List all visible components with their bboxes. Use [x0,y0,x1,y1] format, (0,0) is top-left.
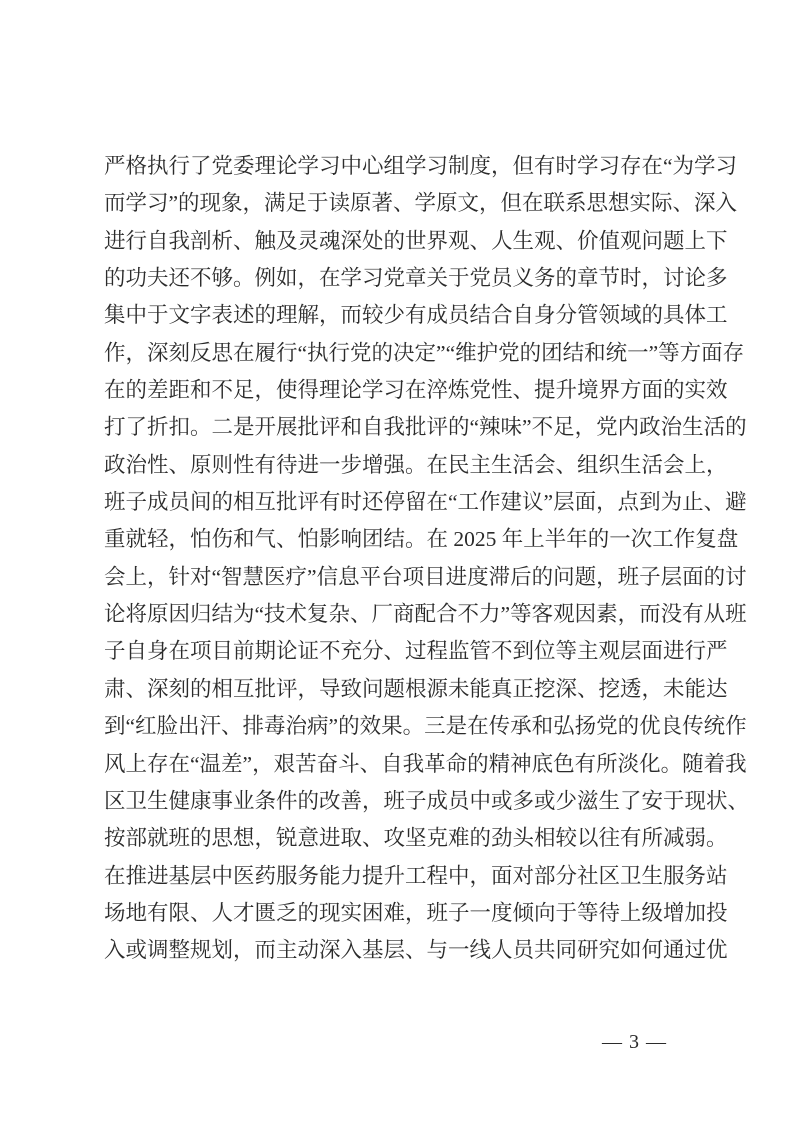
text-line: 会上，针对“智慧医疗”信息平台项目进度滞后的问题，班子层面的讨 [104,559,708,596]
text-line: 严格执行了党委理论学习中心组学习制度，但有时学习存在“为学习 [104,148,708,185]
text-line: 政治性、原则性有待进一步增强。在民主生活会、组织生活会上， [104,447,708,484]
text-line: 风上存在“温差”，艰苦奋斗、自我革命的精神底色有所淡化。随着我 [104,746,708,783]
text-line: 论将原因归结为“技术复杂、厂商配合不力”等客观因素，而没有从班 [104,596,708,633]
text-line: 打了折扣。二是开展批评和自我批评的“辣味”不足，党内政治生活的 [104,409,708,446]
text-line: 在的差距和不足，使得理论学习在淬炼党性、提升境界方面的实效 [104,372,708,409]
text-line: 进行自我剖析、触及灵魂深处的世界观、人生观、价值观问题上下 [104,223,708,260]
text-line: 重就轻，怕伤和气、怕影响团结。在 2025 年上半年的一次工作复盘 [104,521,708,558]
body-text: 严格执行了党委理论学习中心组学习制度，但有时学习存在“为学习 而学习”的现象，满… [104,148,708,970]
page-number: — 3 — [602,1030,667,1054]
text-line: 而学习”的现象，满足于读原著、学原文，但在联系思想实际、深入 [104,185,708,222]
text-line: 区卫生健康事业条件的改善，班子成员中或多或少滋生了安于现状、 [104,783,708,820]
text-line: 在推进基层中医药服务能力提升工程中，面对部分社区卫生服务站 [104,858,708,895]
text-line: 集中于文字表述的理解，而较少有成员结合自身分管领域的具体工 [104,297,708,334]
text-line: 班子成员间的相互批评有时还停留在“工作建议”层面，点到为止、避 [104,484,708,521]
text-line: 的功夫还不够。例如，在学习党章关于党员义务的章节时，讨论多 [104,260,708,297]
text-line: 到“红脸出汗、排毒治病”的效果。三是在传承和弘扬党的优良传统作 [104,708,708,745]
text-line: 按部就班的思想，锐意进取、攻坚克难的劲头相较以往有所减弱。 [104,820,708,857]
text-line: 肃、深刻的相互批评，导致问题根源未能真正挖深、挖透，未能达 [104,671,708,708]
text-line: 子自身在项目前期论证不充分、过程监管不到位等主观层面进行严 [104,633,708,670]
text-line: 场地有限、人才匮乏的现实困难，班子一度倾向于等待上级增加投 [104,895,708,932]
document-page: 严格执行了党委理论学习中心组学习制度，但有时学习存在“为学习 而学习”的现象，满… [0,0,793,1122]
text-line: 入或调整规划，而主动深入基层、与一线人员共同研究如何通过优 [104,932,708,969]
text-line: 作，深刻反思在履行“执行党的决定”“维护党的团结和统一”等方面存 [104,335,708,372]
